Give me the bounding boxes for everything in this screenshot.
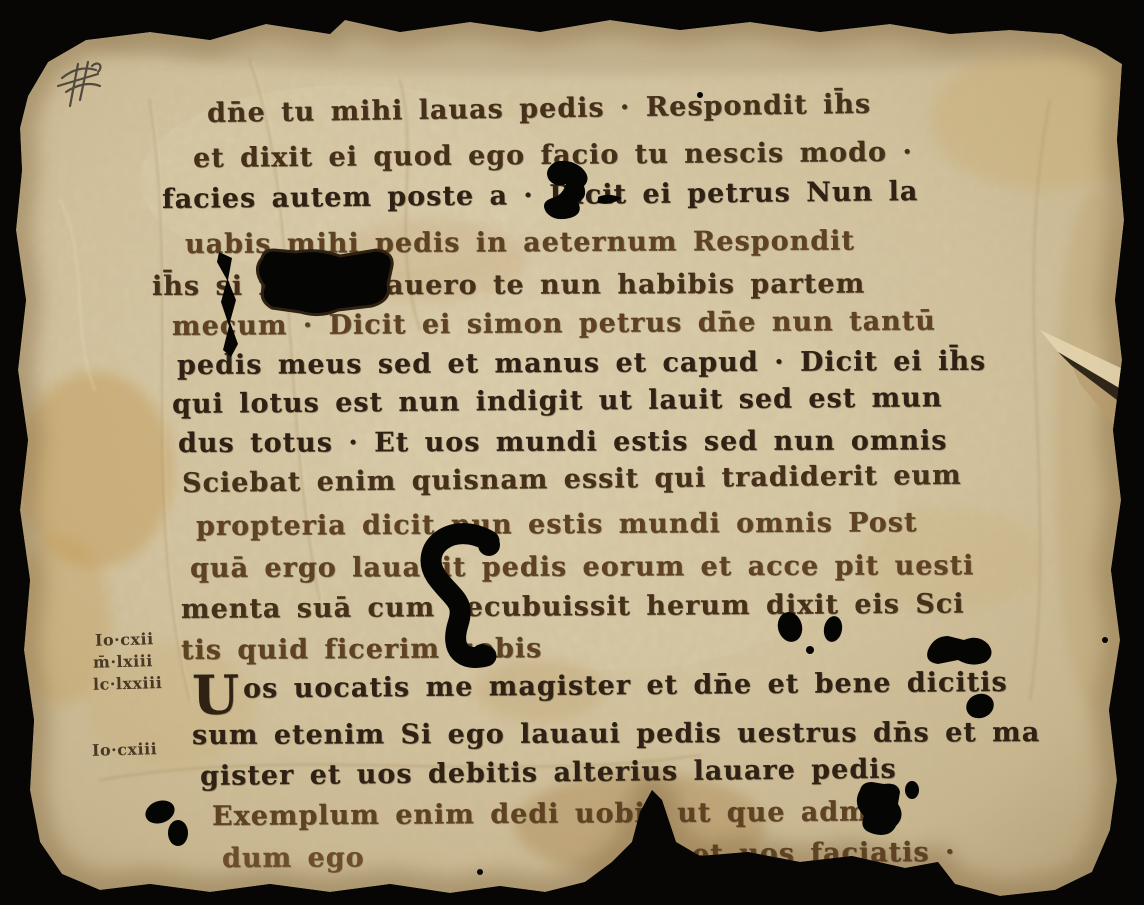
- decorated-initial: U: [192, 663, 241, 727]
- text-line-4: uabis mihi pedis in aeternum Respondit: [185, 227, 855, 258]
- margin-note-john-2: Io·cxiii: [92, 739, 158, 760]
- text-line-15-body: os uocatis me magister et dn̄e et bene d…: [243, 667, 1008, 705]
- text-line-8: qui lotus est nun indigit ut lauit sed e…: [172, 384, 943, 418]
- text-line-2: et dixit ei quod ego facio tu nescis mod…: [193, 139, 913, 172]
- text-line-12: quā ergo lauauit pedis eorum et acce pit…: [190, 552, 974, 582]
- text-line-19-right: et uos faciatis ·: [692, 839, 956, 868]
- text-line-5: ih̄s si nun lauauero te nun habibis part…: [152, 271, 865, 300]
- text-line-10: Sciebat enim quisnam essit qui tradideri…: [182, 462, 962, 497]
- text-line-7: pedis meus sed et manus et capud · Dicit…: [177, 348, 986, 379]
- text-line-18: Exemplum enim dedi uobis ut que admo: [212, 798, 888, 830]
- text-line-17: gister et uos debitis alterius lauare pe…: [200, 756, 897, 790]
- text-line-1: dn̄e tu mihi lauas pedis · Respondit ih̄…: [207, 91, 872, 127]
- manuscript-photo: dn̄e tu mihi lauas pedis · Respondit ih̄…: [0, 0, 1144, 905]
- text-line-6: mecum · Dicit ei simon petrus dn̄e nun t…: [172, 308, 936, 340]
- margin-note-matthew: m̄·lxiii: [93, 651, 153, 672]
- text-line-15: Uos uocatis me magister et dn̄e et bene …: [192, 669, 1008, 709]
- text-line-14: tis quid ficerim uobis: [181, 635, 542, 664]
- margin-note-john: Io·cxii: [95, 629, 154, 650]
- text-line-9: dus totus · Et uos mundi estis sed nun o…: [178, 427, 948, 457]
- text-line-3: facies autem poste a · Dicit ei petrus N…: [162, 178, 919, 213]
- text-line-11: propteria dicit nun estis mundi omnis Po…: [196, 509, 918, 540]
- text-line-13: menta suā cum recubuissit herum dixit ei…: [181, 591, 965, 623]
- text-line-19-left: dum ego: [222, 844, 365, 872]
- margin-note-luke: lc·lxxiii: [93, 673, 163, 694]
- text-line-16: sum etenim Si ego lauaui pedis uestrus d…: [192, 719, 1040, 749]
- manuscript-text: dn̄e tu mihi lauas pedis · Respondit ih̄…: [0, 0, 1144, 905]
